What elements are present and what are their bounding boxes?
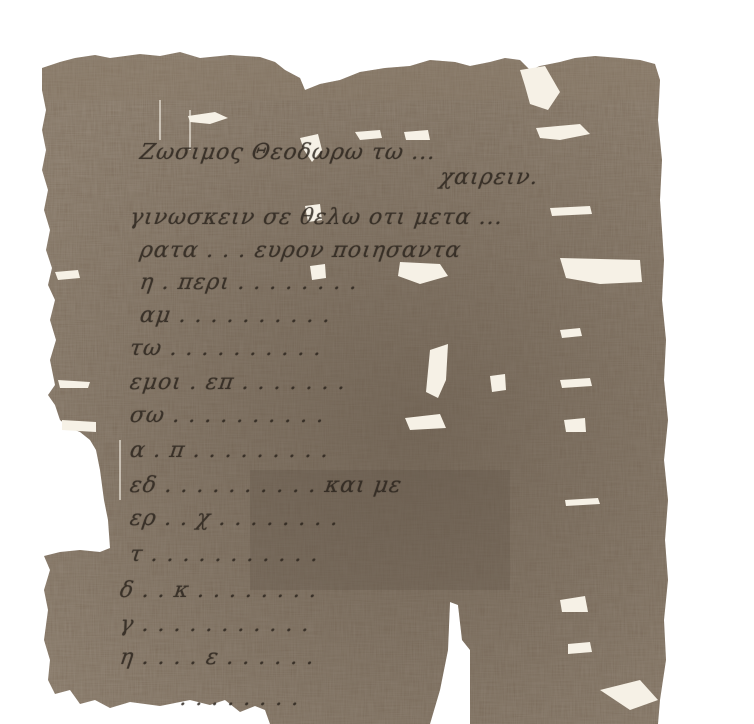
- text-line: εμοι . επ . . . . . . .: [128, 370, 348, 395]
- text-line: δ . . κ . . . . . . . .: [118, 578, 319, 603]
- text-line: χαιρειν.: [438, 165, 540, 190]
- text-line: . . . . . . . .: [178, 686, 301, 711]
- text-line: ερ . . χ . . . . . . . .: [128, 506, 340, 531]
- text-line: τω . . . . . . . . . .: [128, 336, 323, 361]
- text-line: γινωσκειν σε θελω οτι μετα ...: [128, 205, 505, 230]
- text-line: Ζωσιμος Θεοδωρω τω ...: [138, 140, 437, 165]
- text-line: η . περι . . . . . . . .: [138, 270, 359, 295]
- image-canvas: Ζωσιμος Θεοδωρω τω ... χαιρειν. γινωσκει…: [0, 0, 754, 724]
- papyrus-fragment: [0, 0, 754, 724]
- text-line: τ . . . . . . . . . . .: [128, 542, 321, 567]
- text-line: α . π . . . . . . . . .: [128, 438, 331, 463]
- text-line: η . . . . ε . . . . . .: [118, 645, 316, 670]
- text-line: αμ . . . . . . . . . .: [138, 303, 333, 328]
- text-line: γ . . . . . . . . . . .: [118, 612, 312, 637]
- text-line: εδ . . . . . . . . . . και με: [128, 473, 403, 498]
- text-line: ρατα . . . ευρον ποιησαντα: [138, 238, 463, 263]
- text-line: σω . . . . . . . . . .: [128, 403, 326, 428]
